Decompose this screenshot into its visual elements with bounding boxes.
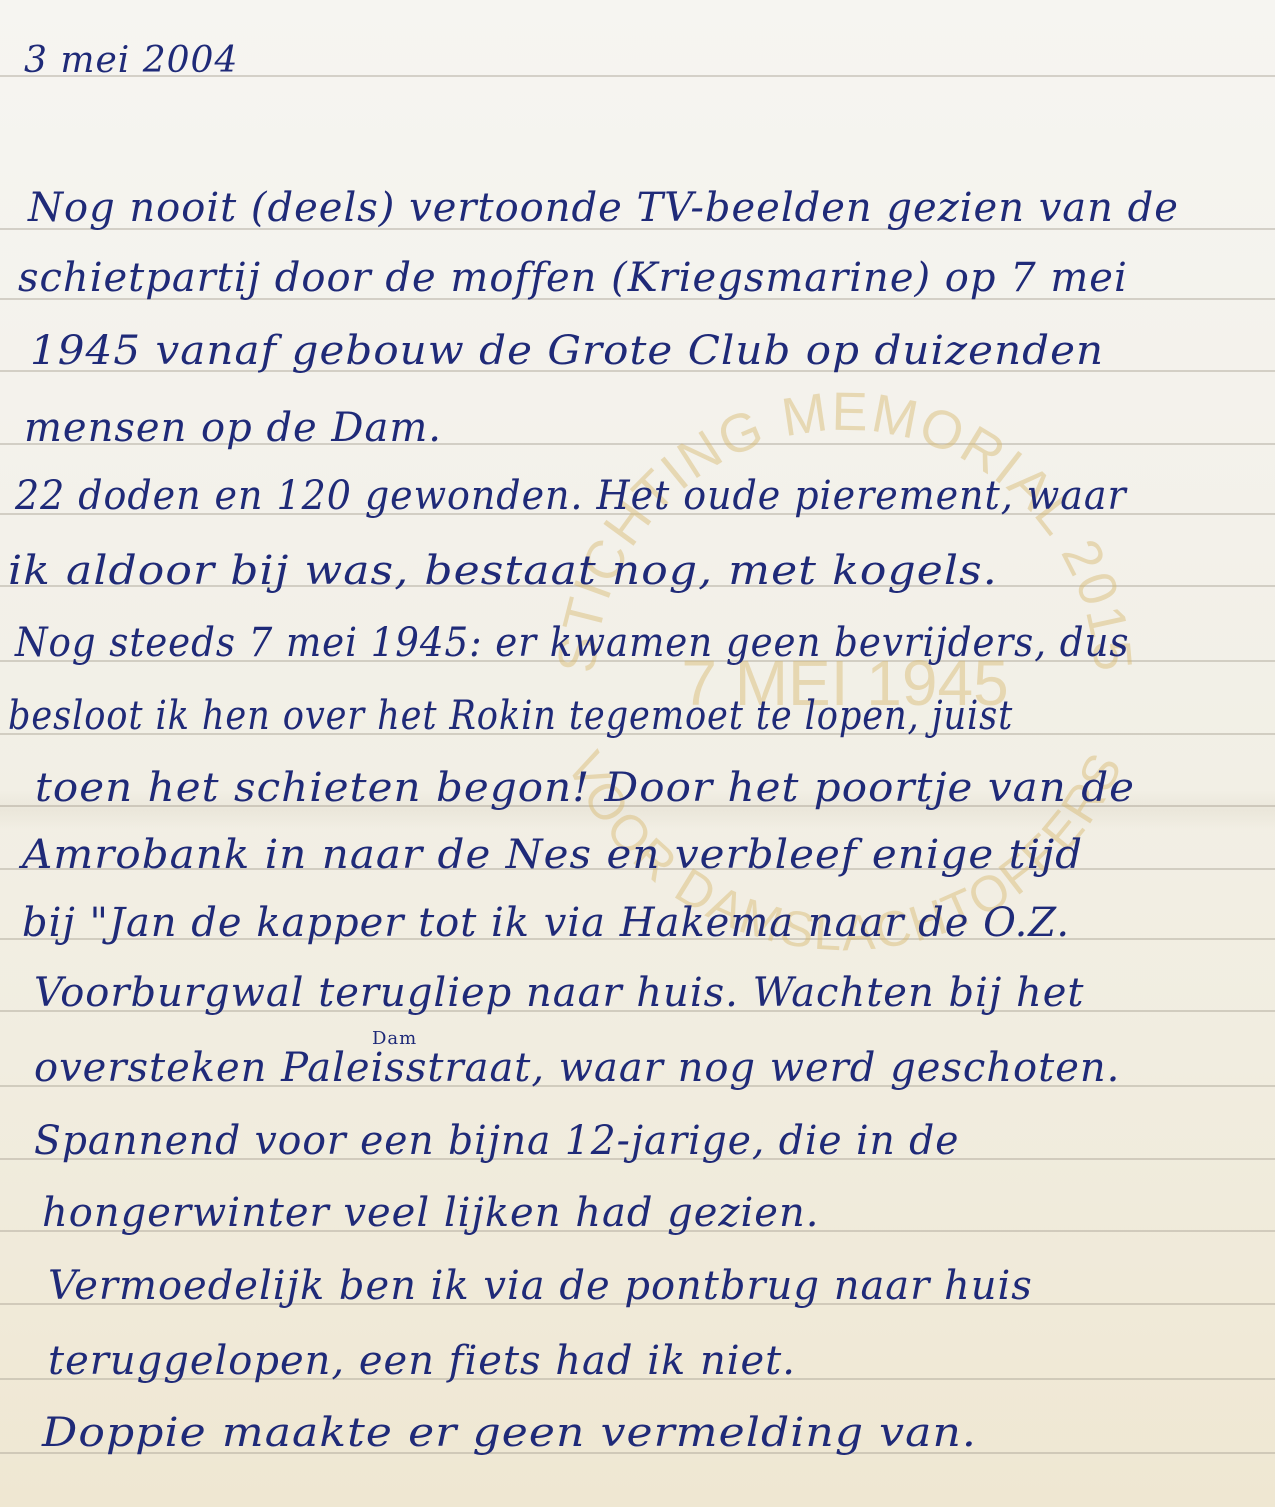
- text-line: Amrobank in naar de Nes en verbleef enig…: [22, 832, 1083, 878]
- text-line: Vermoedelijk ben ik via de pontbrug naar…: [48, 1263, 1033, 1309]
- text-line: Nog nooit (deels) vertoonde TV-beelden g…: [28, 185, 1179, 231]
- text-line: 1945 vanaf gebouw de Grote Club op duize…: [30, 328, 1104, 374]
- text-line: besloot ik hen over het Rokin tegemoet t…: [8, 693, 1013, 739]
- text-line: ik aldoor bij was, bestaat nog, met koge…: [8, 548, 998, 594]
- text-line: mensen op de Dam.: [24, 405, 442, 451]
- text-line: teruggelopen, een fiets had ik niet.: [48, 1338, 796, 1384]
- text-line: hongerwinter veel lijken had gezien.: [42, 1190, 819, 1236]
- text-line: Nog steeds 7 mei 1945: er kwamen geen be…: [15, 620, 1129, 666]
- text-line: schietpartij door de moffen (Kriegsmarin…: [18, 255, 1128, 301]
- text-line: Doppie maakte er geen vermelding van.: [42, 1410, 977, 1456]
- text-line: 22 doden en 120 gewonden. Het oude piere…: [15, 473, 1127, 519]
- text-line: oversteken Paleisstraat, waar nog werd g…: [34, 1045, 1120, 1091]
- text-line: Voorburgwal terugliep naar huis. Wachten…: [34, 970, 1084, 1016]
- text-line: toen het schieten begon! Door het poortj…: [35, 765, 1135, 811]
- entry-date: 3 mei 2004: [24, 40, 238, 81]
- handwritten-text: 3 mei 2004 Nog nooit (deels) vertoonde T…: [0, 0, 1275, 1507]
- text-line: bij "Jan de kapper tot ik via Hakema naa…: [22, 900, 1070, 946]
- text-line: Spannend voor een bijna 12-jarige, die i…: [34, 1118, 959, 1164]
